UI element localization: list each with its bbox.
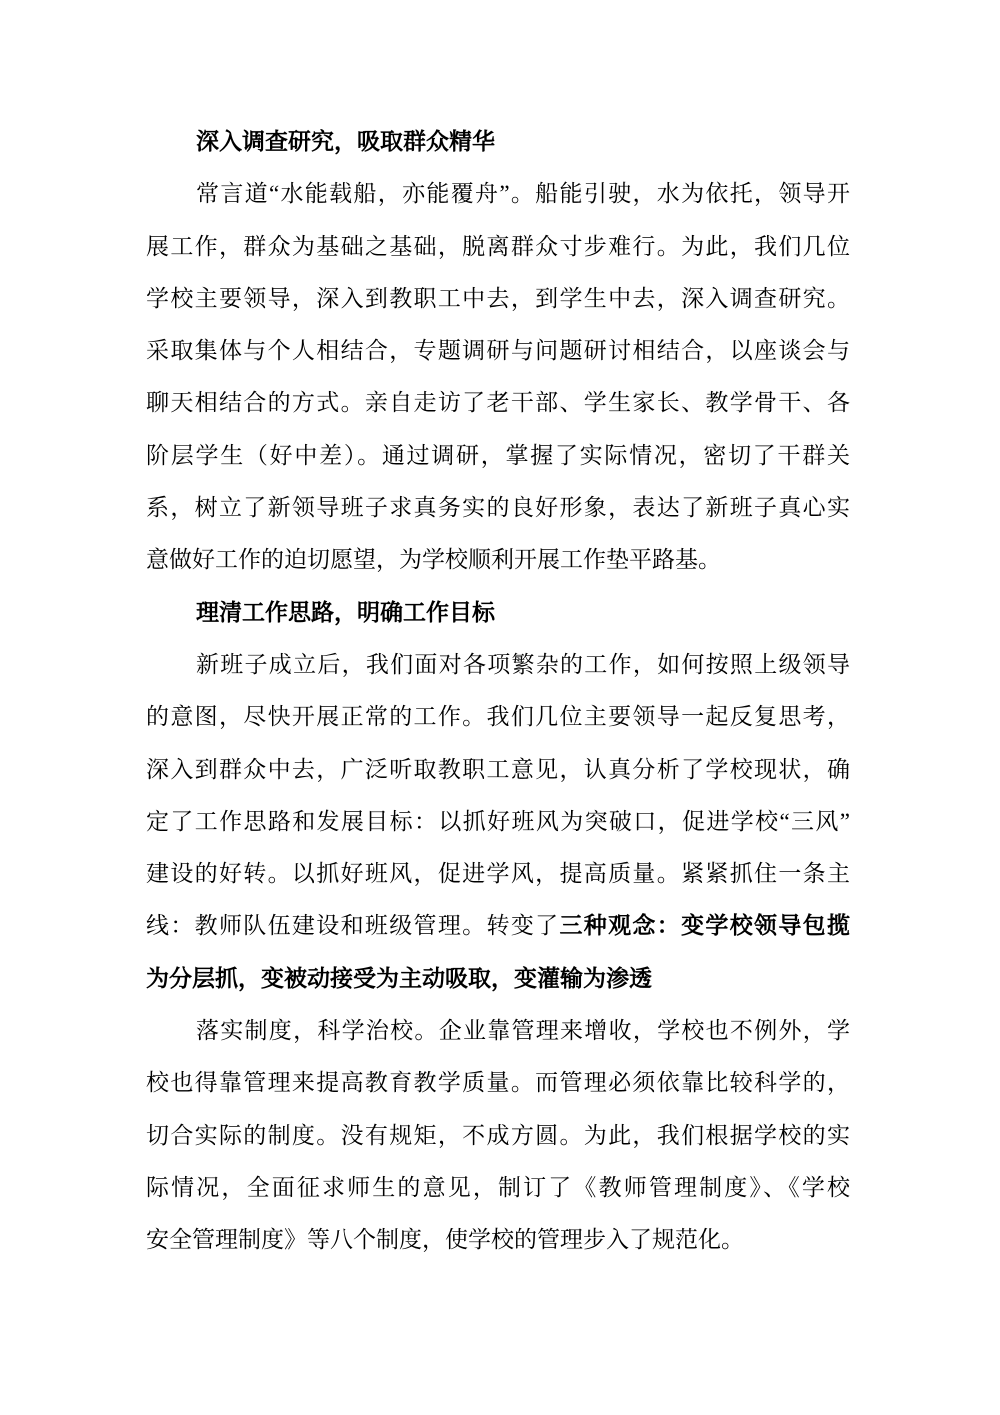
text-run: 采取集体与个人相结合，专题调研与问题研讨相结合，以座谈会与 (146, 338, 850, 363)
text-run: 线：教师队伍建设和班级管理。转变了 (146, 913, 559, 938)
text-line: 常言道“水能载船，亦能覆舟”。船能引驶，水为依托，领导开 (146, 168, 850, 220)
bold-text-run: 理清工作思路，明确工作目标 (196, 600, 495, 625)
text-line: 安全管理制度》等八个制度，使学校的管理步入了规范化。 (146, 1214, 850, 1266)
text-line: 学校主要领导，深入到教职工中去，到学生中去，深入调查研究。 (146, 273, 850, 325)
text-line: 阶层学生（好中差）。通过调研，掌握了实际情况，密切了干群关 (146, 430, 850, 482)
text-run: 聊天相结合的方式。亲自走访了老干部、学生家长、教学骨干、各 (146, 390, 850, 415)
text-line: 落实制度，科学治校。企业靠管理来增收，学校也不例外，学 (146, 1005, 850, 1057)
bold-text-run: 三种观念：变学校领导包揽 (559, 913, 850, 938)
text-line: 线：教师队伍建设和班级管理。转变了三种观念：变学校领导包揽 (146, 900, 850, 952)
text-line: 建设的好转。以抓好班风，促进学风，提高质量。紧紧抓住一条主 (146, 848, 850, 900)
text-line: 校也得靠管理来提高教育教学质量。而管理必须依靠比较科学的， (146, 1057, 850, 1109)
document-lines: 深入调查研究，吸取群众精华常言道“水能载船，亦能覆舟”。船能引驶，水为依托，领导… (146, 116, 850, 1267)
text-run: 学校主要领导，深入到教职工中去，到学生中去，深入调查研究。 (146, 286, 850, 311)
bold-text-run: 深入调查研究，吸取群众精华 (196, 129, 495, 154)
text-run: 展工作，群众为基础之基础，脱离群众寸步难行。为此，我们几位 (146, 234, 850, 259)
text-line: 新班子成立后，我们面对各项繁杂的工作，如何按照上级领导 (146, 639, 850, 691)
heading-line: 理清工作思路，明确工作目标 (146, 587, 850, 639)
text-line: 定了工作思路和发展目标：以抓好班风为突破口，促进学校“三风” (146, 796, 850, 848)
text-line: 采取集体与个人相结合，专题调研与问题研讨相结合，以座谈会与 (146, 325, 850, 377)
text-run: 新班子成立后，我们面对各项繁杂的工作，如何按照上级领导 (196, 652, 850, 677)
text-line: 的意图，尽快开展正常的工作。我们几位主要领导一起反复思考， (146, 691, 850, 743)
text-run: 深入到群众中去，广泛听取教职工意见，认真分析了学校现状，确 (146, 757, 850, 782)
text-line: 聊天相结合的方式。亲自走访了老干部、学生家长、教学骨干、各 (146, 377, 850, 429)
text-run: 意做好工作的迫切愿望，为学校顺利开展工作垫平路基。 (146, 547, 721, 572)
text-line: 系，树立了新领导班子求真务实的良好形象，表达了新班子真心实 (146, 482, 850, 534)
text-run: 定了工作思路和发展目标：以抓好班风为突破口，促进学校“三风” (146, 809, 850, 834)
text-run: 切合实际的制度。没有规矩，不成方圆。为此，我们根据学校的实 (146, 1123, 850, 1148)
text-line: 际情况，全面征求师生的意见，制订了《教师管理制度》、《学校 (146, 1162, 850, 1214)
text-line: 展工作，群众为基础之基础，脱离群众寸步难行。为此，我们几位 (146, 221, 850, 273)
heading-line: 深入调查研究，吸取群众精华 (146, 116, 850, 168)
text-run: 阶层学生（好中差）。通过调研，掌握了实际情况，密切了干群关 (146, 443, 850, 468)
text-line: 意做好工作的迫切愿望，为学校顺利开展工作垫平路基。 (146, 534, 850, 586)
bold-text-run: 为分层抓，变被动接受为主动吸取，变灌输为渗透 (146, 966, 652, 991)
text-run: 落实制度，科学治校。企业靠管理来增收，学校也不例外，学 (196, 1018, 850, 1043)
text-run: 建设的好转。以抓好班风，促进学风，提高质量。紧紧抓住一条主 (146, 861, 850, 886)
text-line: 深入到群众中去，广泛听取教职工意见，认真分析了学校现状，确 (146, 744, 850, 796)
text-run: 安全管理制度》等八个制度，使学校的管理步入了规范化。 (146, 1227, 744, 1252)
text-run: 的意图，尽快开展正常的工作。我们几位主要领导一起反复思考， (146, 704, 850, 729)
text-run: 校也得靠管理来提高教育教学质量。而管理必须依靠比较科学的， (146, 1070, 850, 1095)
text-run: 系，树立了新领导班子求真务实的良好形象，表达了新班子真心实 (146, 495, 850, 520)
text-run: 际情况，全面征求师生的意见，制订了《教师管理制度》、《学校 (146, 1175, 850, 1200)
text-line: 切合实际的制度。没有规矩，不成方圆。为此，我们根据学校的实 (146, 1110, 850, 1162)
text-line: 为分层抓，变被动接受为主动吸取，变灌输为渗透 (146, 953, 850, 1005)
text-run: 常言道“水能载船，亦能覆舟”。船能引驶，水为依托，领导开 (196, 181, 850, 206)
document-page: 深入调查研究，吸取群众精华常言道“水能载船，亦能覆舟”。船能引驶，水为依托，领导… (0, 0, 1000, 1415)
